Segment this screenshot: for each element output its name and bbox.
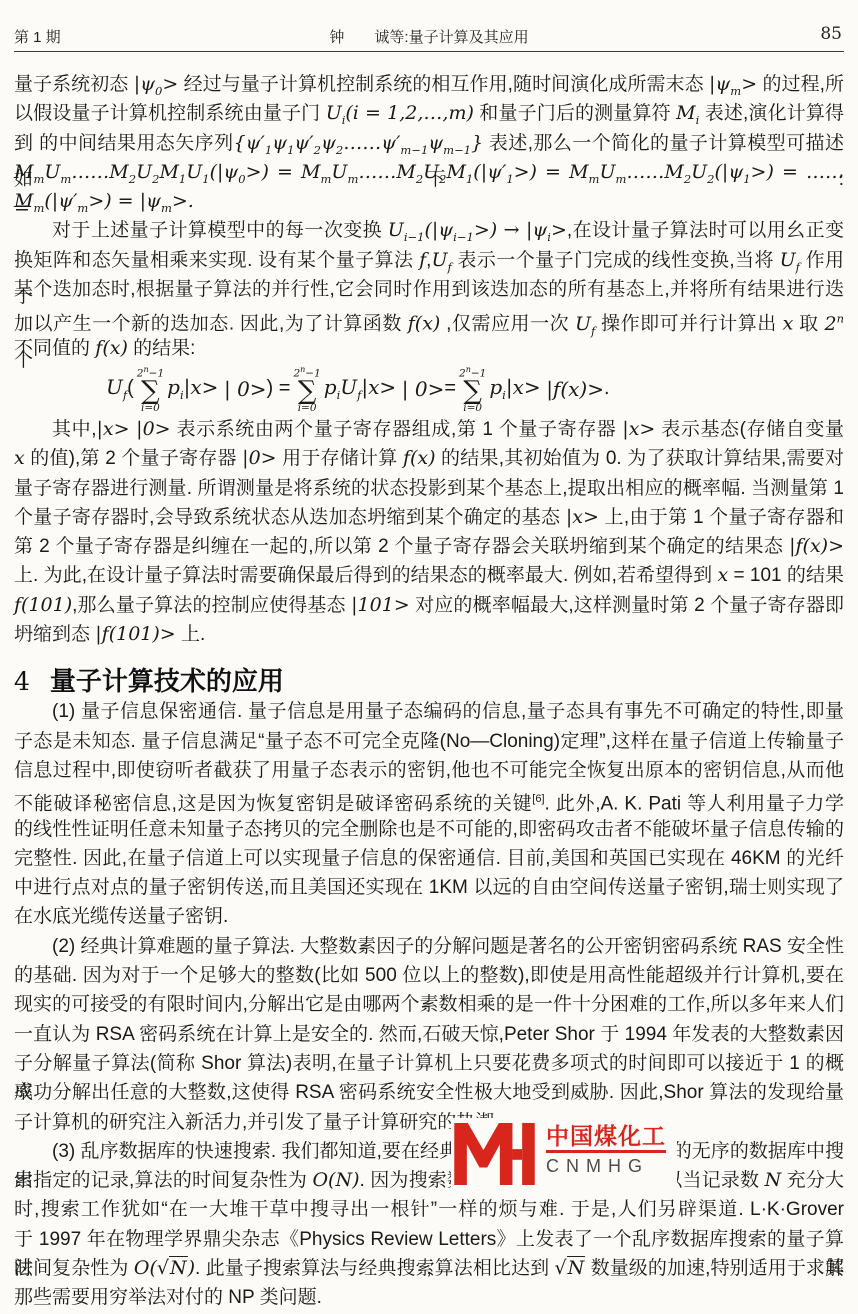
text-line: 的基础. 因为对于一个足够大的整数(比如 500 位以上的整数),即使是用高性能…: [14, 961, 844, 990]
text-line: 现实的可接受的有限时间内,分解出它是由哪两个素数相乘的是一件十分困难的工作,所以…: [14, 990, 844, 1019]
section-number: 4: [14, 667, 30, 696]
text-line: 信息过程中,即使窃听者截获了用量子态表示的密钥,他也不可能完全恢复出原本的密钥信…: [14, 756, 844, 785]
text-line: 个量子寄存器时,会导致系统状态从迭加态坍缩到某个确定的基态 |x> 上,由于第 …: [14, 503, 844, 532]
section-title: 量子计算技术的应用: [50, 661, 284, 698]
text-line: MmUm……M2U2M1U1(|ψ0>) = MmUm……M2U2M1(|ψ′1…: [14, 158, 844, 187]
text-line: 于 1997 年在物理学界鼎尖杂志《Physics Review Letters…: [14, 1225, 844, 1254]
text-line: 到 的中间结果用态矢序列{ψ′1ψ1ψ′2ψ2……ψ′m−1ψm−1} 表述,那…: [14, 129, 844, 158]
page: { "header": { "issue": "第 1 期", "running…: [0, 0, 858, 1314]
text-line: 完整性. 因此,在量子信道上可以实现量子信息的保密通信. 目前,美国和英国已实现…: [14, 844, 844, 873]
text-line: (2) 经典计算难题的量子算法. 大整数素因子的分解问题是著名的公开密钥密码系统…: [14, 932, 844, 961]
text-line: 换矩阵和态矢量相乘来实现. 设有某个量子算法 f,Uf 表示一个量子门完成的线性…: [14, 246, 844, 275]
text-line: 某个迭加态时,根据量子算法的并行性,它会同时作用到该迭加态的所有基态上,并将所有…: [14, 275, 844, 304]
text-line: 时间复杂性为 O(√N). 此量子搜索算法与经典搜索算法相比达到 √N 数量级的…: [14, 1254, 844, 1283]
text-line: (3) 乱序数据库的快速搜索. 我们都知道,要在经典计算机中从拥有 N 条记录的…: [14, 1137, 844, 1166]
text-line: 量子系统初态 |ψ0> 经过与量子计算机控制系统的相互作用,随时间演化成所需末态…: [14, 70, 844, 99]
running-title: 钟 诚等:量子计算及其应用: [14, 26, 844, 47]
text-line: 以假设量子计算机控制系统由量子门 Ui(i = 1,2,…,m) 和量子门后的测…: [14, 99, 844, 128]
text-line: 成功分解出任意的大整数,这使得 RSA 密码系统安全性极大地受到威胁. 因此,S…: [14, 1078, 844, 1107]
text-line: 上. 为此,在设计量子算法时需要确保最后得到的结果态的概率最大. 例如,若希望得…: [14, 561, 844, 590]
text-line: 坍缩到态 |f(101)> 上.: [14, 620, 844, 649]
section-heading: 4量子计算技术的应用: [14, 661, 844, 691]
text-line: 不同值的 f(x) 的结果:: [14, 334, 844, 363]
page-number: 85: [820, 24, 842, 44]
text-line: 其中,|x> |0> 表示系统由两个量子寄存器组成,第 1 个量子寄存器 |x>…: [14, 415, 844, 444]
watermark-text: 中国煤化工 CNMHG: [546, 1121, 666, 1176]
text-line: 加以产生一个新的迭加态. 因此,为了计算函数 f(x) ,仅需应用一次 Uf 操…: [14, 304, 844, 333]
text-line: 的线性性证明任意未知量子态拷贝的完全删除也是不可能的,即密码攻击者不能破坏量子信…: [14, 815, 844, 844]
text-line: 出指定的记录,算法的时间复杂性为 O(N). 因为搜索数据库是在串行进行的,所以…: [14, 1166, 844, 1195]
text-line: 子计算机的研究注入新活力,并引发了量子计算研究的热潮.: [14, 1108, 844, 1137]
cnmhg-logo-icon: [453, 1121, 537, 1185]
watermark-brand: 中国煤化工: [546, 1123, 666, 1153]
watermark-letters: CNMHG: [546, 1156, 649, 1176]
text-line: x 的值),第 2 个量子寄存器 |0> 用于存储计算 f(x) 的结果,其初始…: [14, 444, 844, 473]
text-line: 不能破译秘密信息,这是因为恢复密钥是破译密码系统的关键[6]. 此外,A. K.…: [14, 785, 844, 814]
text-line: 那些需要用穷举法对付的 NP 类问题.: [14, 1283, 844, 1312]
text-line: 时,搜索工作犹如“在一大堆干草中搜寻出一根针”一样的烦与难. 于是,人们另辟渠道…: [14, 1195, 844, 1224]
page-header: 第 1 期 钟 诚等:量子计算及其应用 85: [14, 26, 844, 48]
text-line: 子态是未知态. 量子信息满足“量子态不可完全克隆(No—Cloning)定理”,…: [14, 727, 844, 756]
watermark: 中国煤化工 CNMHG: [451, 1118, 677, 1192]
header-divider-rule: [14, 51, 844, 52]
text-line: 在水底光缆传送量子密钥.: [14, 902, 844, 931]
article-content: 量子系统初态 |ψ0> 经过与量子计算机控制系统的相互作用,随时间演化成所需末态…: [14, 70, 844, 1313]
text-line: 量子寄存器进行测量. 所谓测量是将系统的状态投影到某个基态上,提取出相应的概率幅…: [14, 474, 844, 503]
text-line: 第 2 个量子寄存器是纠缠在一起的,所以第 2 个量子寄存器会关联坍缩到某个确定…: [14, 532, 844, 561]
text-line: 对于上述量子计算模型中的每一次变换 Ui−1(|ψi−1>) → |ψi>,在设…: [14, 216, 844, 245]
text-line: f(101),那么量子算法的控制应使得基态 |101> 对应的概率幅最大,这样测…: [14, 591, 844, 620]
text-line: 一直认为 RSA 密码系统在计算上是安全的. 然而,石破天惊,Peter Sho…: [14, 1020, 844, 1049]
text-line: 子分解量子算法(简称 Shor 算法)表明,在量子计算机上只要花费多项式的时间即…: [14, 1049, 844, 1078]
display-equation: Uf(2n−1∑i=0pi|x> | 0>) = 2n−1∑i=0piUf|x>…: [14, 363, 844, 415]
text-line: (1) 量子信息保密通信. 量子信息是用量子态编码的信息,量子态具有事先不可确定…: [14, 697, 844, 726]
text-line: 中进行点对点的量子密钥传送,而且美国还实现在 1KM 以远的自由空间传送量子密钥…: [14, 873, 844, 902]
